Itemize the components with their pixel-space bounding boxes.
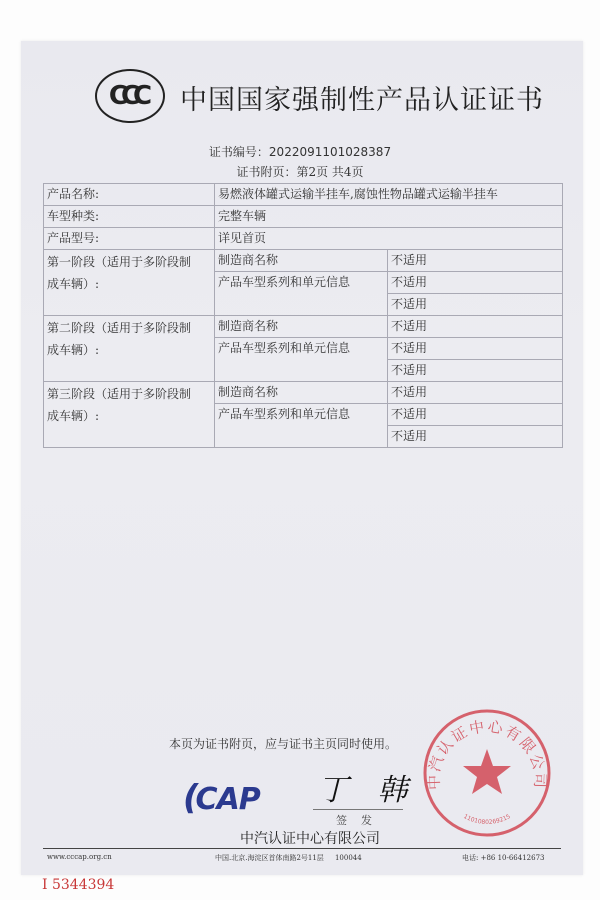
- page-label: 证书附页：: [236, 165, 296, 179]
- model-label: 产品型号:: [44, 228, 215, 250]
- table-row: 产品型号: 详见首页: [44, 228, 563, 250]
- vehicle-type-label: 车型种类:: [44, 206, 215, 228]
- certificate-page-info: 证书附页：第2页 共4页: [0, 163, 600, 180]
- footer-address: 中国.北京.海淀区首体南路2号11层 100044: [215, 853, 362, 863]
- product-name-value: 易燃液体罐式运输半挂车,腐蚀性物品罐式运输半挂车: [215, 184, 563, 206]
- cert-no-label: 证书编号：: [209, 145, 269, 159]
- certificate-title: 中国国家强制性产品认证证书: [180, 78, 544, 117]
- stage-1-manufacturer-label: 制造商名称: [215, 250, 388, 272]
- stage-3-series-value: 不适用: [388, 426, 563, 448]
- attachment-note: 本页为证书附页，应与证书主页同时使用。: [169, 735, 397, 752]
- certificate-number: 证书编号：2022091101028387: [0, 143, 600, 160]
- table-row: 第二阶段（适用于多阶段制成车辆）: 制造商名称 不适用: [44, 316, 563, 338]
- footer-website: www.cccap.org.cn: [47, 853, 112, 861]
- stage-1-series-value: 不适用: [388, 294, 563, 316]
- stage-1-series-value: 不适用: [388, 272, 563, 294]
- product-name-label: 产品名称:: [44, 184, 215, 206]
- page-value: 第2页 共4页: [296, 165, 363, 179]
- cap-logo: (CAP: [183, 778, 260, 818]
- signature: 丁 韩: [318, 765, 418, 809]
- stage-3-series-label: 产品车型系列和单元信息: [215, 404, 388, 448]
- cert-no-value: 2022091101028387: [269, 145, 391, 159]
- table-row: 第一阶段（适用于多阶段制成车辆）: 制造商名称 不适用: [44, 250, 563, 272]
- stage-3-manufacturer-label: 制造商名称: [215, 382, 388, 404]
- stage-2-manufacturer-label: 制造商名称: [215, 316, 388, 338]
- stage-2-series-value: 不适用: [388, 338, 563, 360]
- stage-2-series-value: 不适用: [388, 360, 563, 382]
- stage-2-manufacturer-value: 不适用: [388, 316, 563, 338]
- stage-3-manufacturer-value: 不适用: [388, 382, 563, 404]
- stage-2-label: 第二阶段（适用于多阶段制成车辆）:: [44, 316, 215, 382]
- stage-1-manufacturer-value: 不适用: [388, 250, 563, 272]
- signature-label: 签发: [336, 812, 386, 828]
- model-value: 详见首页: [215, 228, 563, 250]
- signature-line: [313, 809, 403, 810]
- svg-text:1101080269215: 1101080269215: [462, 813, 512, 826]
- stage-1-series-label: 产品车型系列和单元信息: [215, 272, 388, 316]
- table-row: 产品名称: 易燃液体罐式运输半挂车,腐蚀性物品罐式运输半挂车: [44, 184, 563, 206]
- table-row: 第三阶段（适用于多阶段制成车辆）: 制造商名称 不适用: [44, 382, 563, 404]
- stage-1-label: 第一阶段（适用于多阶段制成车辆）:: [44, 250, 215, 316]
- stage-3-label: 第三阶段（适用于多阶段制成车辆）:: [44, 382, 215, 448]
- stage-3-series-value: 不适用: [388, 404, 563, 426]
- serial-number: I 5344394: [42, 877, 114, 893]
- ccc-logo: CCC: [95, 69, 165, 123]
- footer-divider: [43, 848, 561, 849]
- vehicle-type-value: 完整车辆: [215, 206, 563, 228]
- table-row: 车型种类: 完整车辆: [44, 206, 563, 228]
- spec-table: 产品名称: 易燃液体罐式运输半挂车,腐蚀性物品罐式运输半挂车 车型种类: 完整车…: [43, 183, 563, 448]
- stage-2-series-label: 产品车型系列和单元信息: [215, 338, 388, 382]
- footer-phone: 电话: +86 10-66412673: [462, 853, 544, 863]
- official-seal-icon: 中汽认证中心有限公司 1101080269215: [421, 707, 553, 839]
